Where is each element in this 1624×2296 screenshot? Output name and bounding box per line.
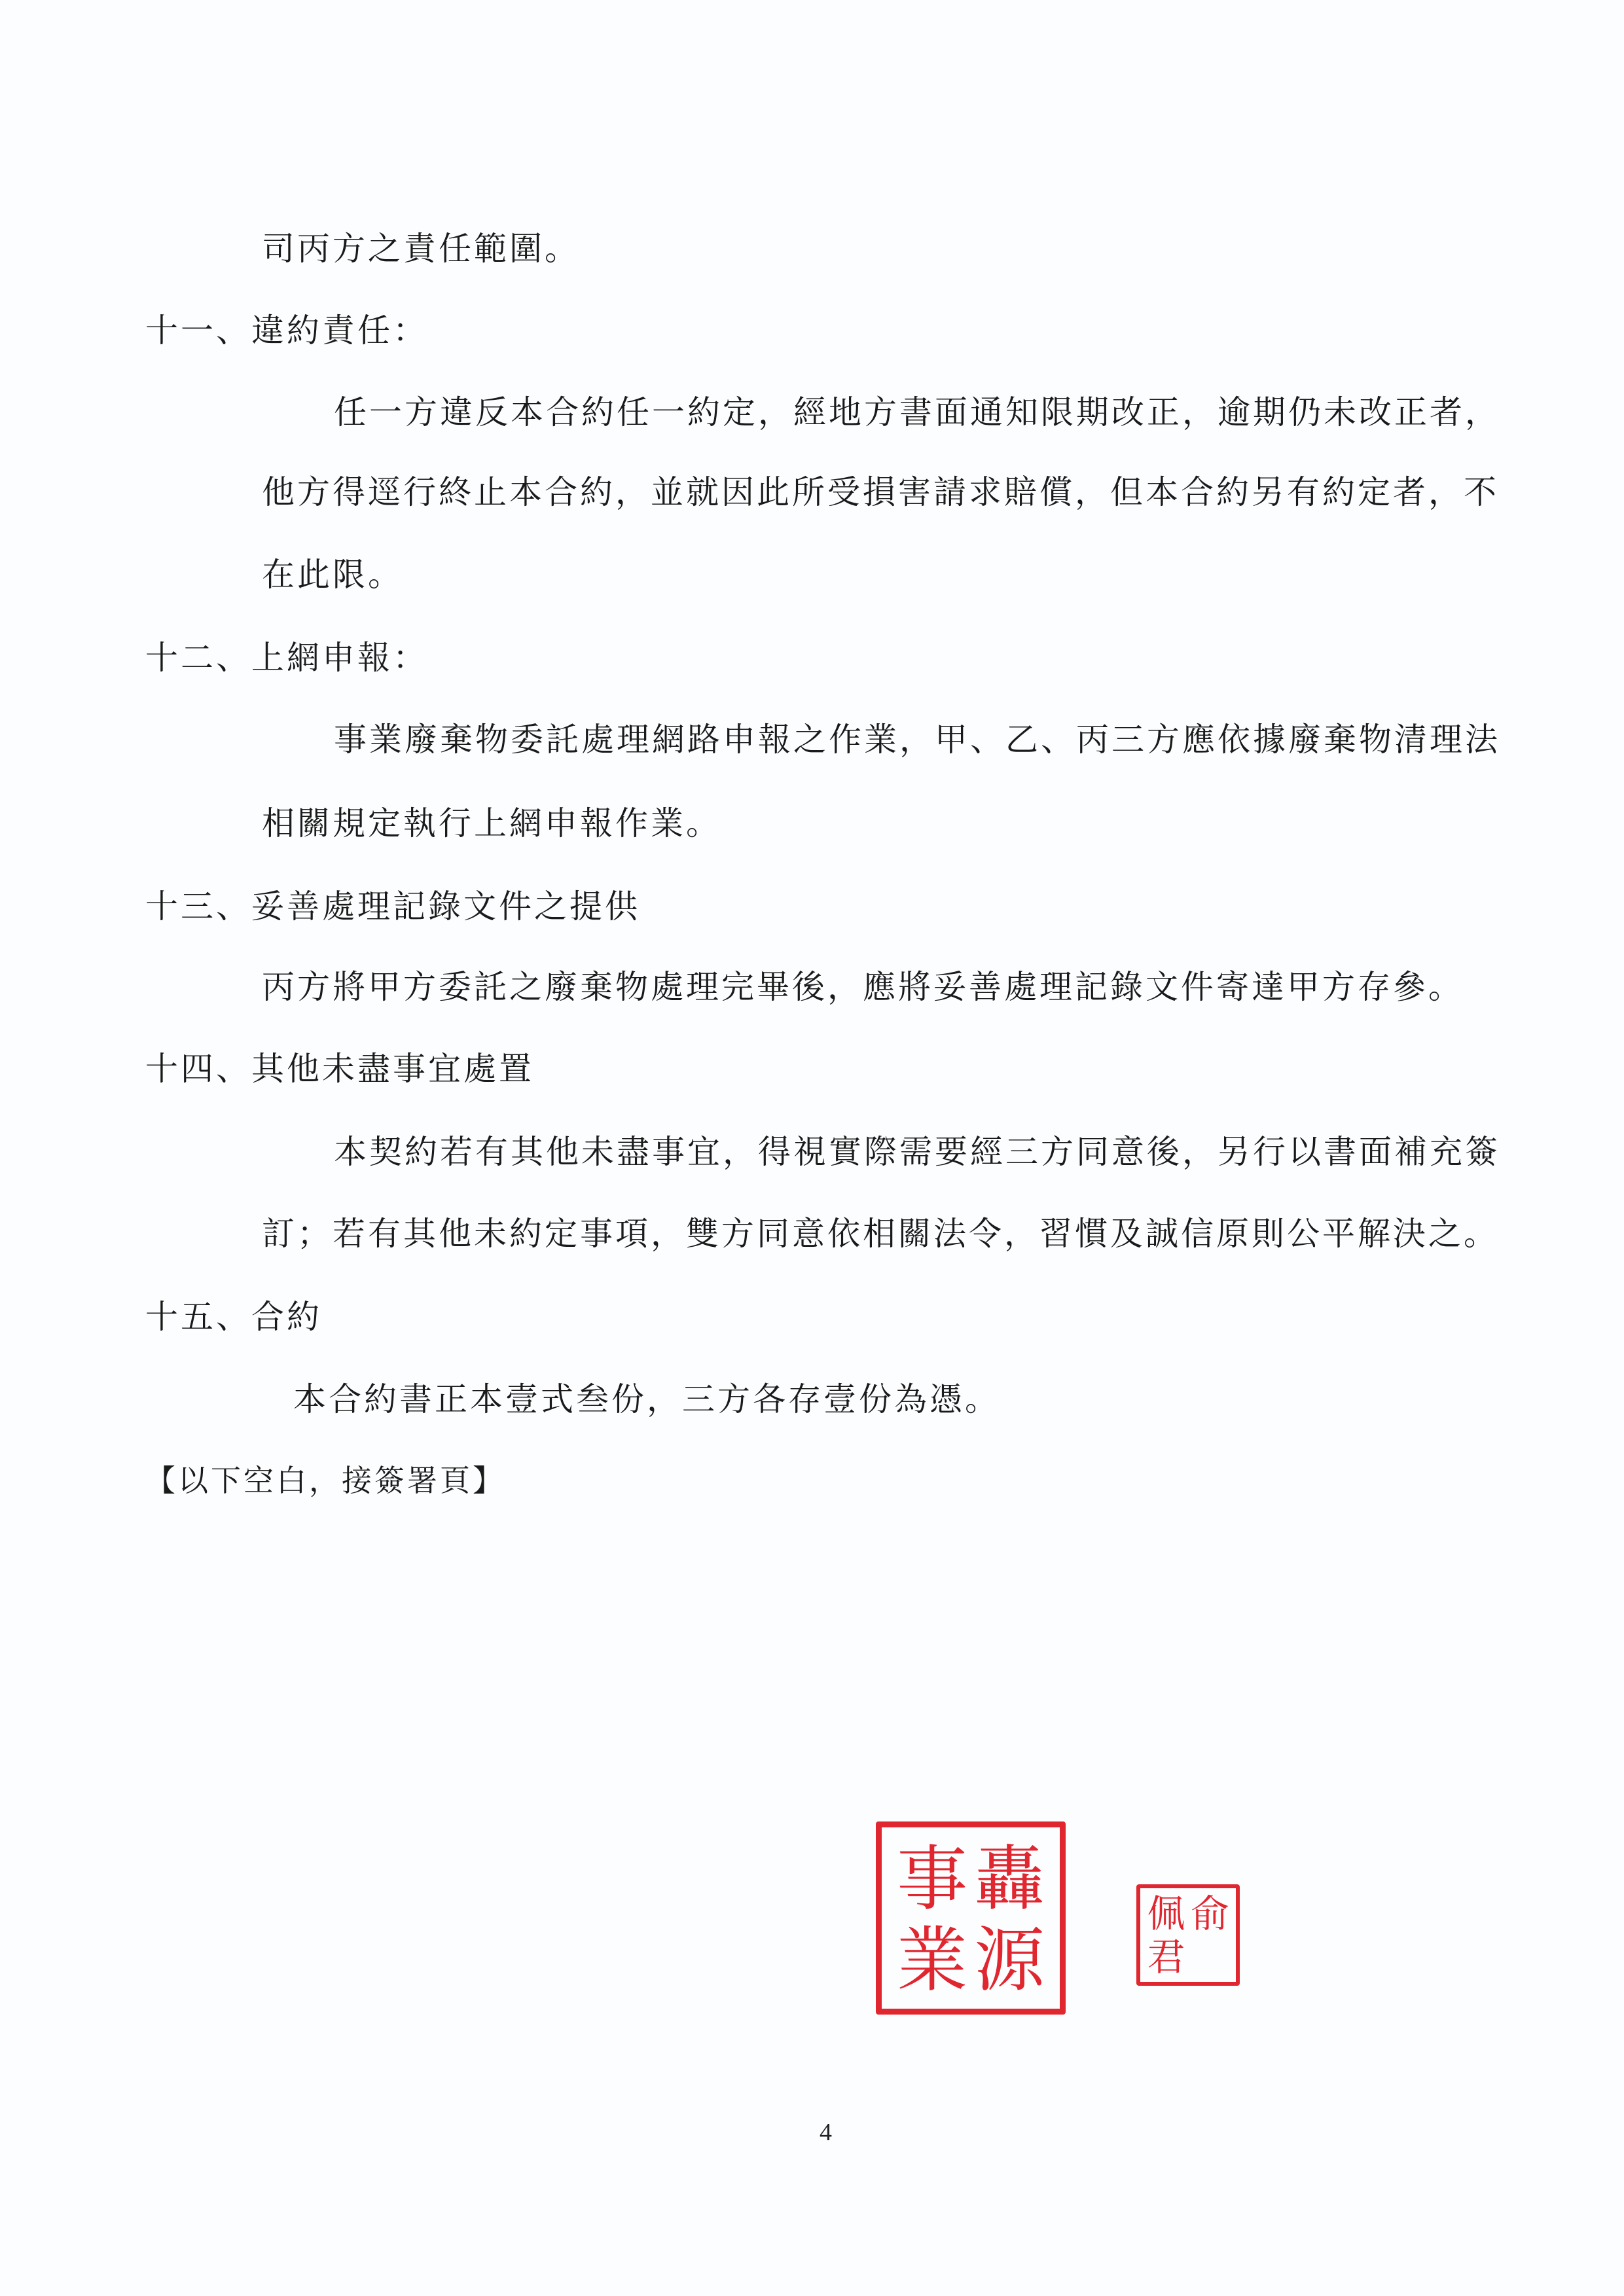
section-13-paragraph-line: 丙方將甲方委託之廢棄物處理完畢後，應將妥善處理記錄文件寄達甲方存參。 — [262, 967, 1464, 1007]
personal-seal-stamp: 佩 俞 君 — [1136, 1884, 1240, 1986]
section-11-heading: 十一、違約責任： — [145, 311, 428, 350]
seal-char: 轟 — [971, 1839, 1048, 1920]
section-13-heading: 十三、妥善處理記錄文件之提供 — [145, 887, 640, 926]
company-seal-stamp: 轟 源 事 業 — [876, 1821, 1066, 2015]
section-15-heading: 十五、合約 — [145, 1297, 322, 1336]
section-12-paragraph-line: 事業廢棄物委託處理網路申報之作業，甲、乙、丙三方應依據廢棄物清理法 — [334, 720, 1500, 759]
section-14-paragraph-line: 訂；若有其他未約定事項，雙方同意依相關法令，習慣及誠信原則公平解決之。 — [262, 1214, 1499, 1253]
seal-char — [1188, 1935, 1232, 1979]
section-14-heading: 十四、其他未盡事宜處置 — [145, 1049, 534, 1088]
blank-below-note: 【以下空白，接簽署頁】 — [145, 1461, 505, 1500]
section-11-paragraph-line: 他方得逕行終止本合約，並就因此所受損害請求賠償，但本合約另有約定者，不 — [262, 473, 1499, 512]
section-12-heading: 十二、上網申報： — [145, 638, 428, 677]
seal-char: 俞 — [1188, 1892, 1232, 1935]
seal-char: 事 — [893, 1839, 971, 1920]
section-12-paragraph-line: 相關規定執行上網申報作業。 — [262, 804, 721, 843]
seal-char: 業 — [893, 1920, 971, 2001]
seal-char: 佩 — [1144, 1892, 1188, 1935]
section-11-paragraph-line: 任一方違反本合約任一約定，經地方書面通知限期改正，逾期仍未改正者， — [334, 393, 1500, 432]
section-14-paragraph-line: 本契約若有其他未盡事宜，得視實際需要經三方同意後，另行以書面補充簽 — [334, 1132, 1500, 1172]
seal-char: 君 — [1144, 1935, 1188, 1979]
section-11-paragraph-line: 在此限。 — [262, 555, 403, 594]
section-15-paragraph-line: 本合約書正本壹式叁份，三方各存壹份為憑。 — [293, 1380, 1000, 1419]
continued-text: 司丙方之責任範圍。 — [262, 229, 580, 268]
seal-char: 源 — [971, 1920, 1048, 2001]
page-number: 4 — [820, 2118, 832, 2147]
